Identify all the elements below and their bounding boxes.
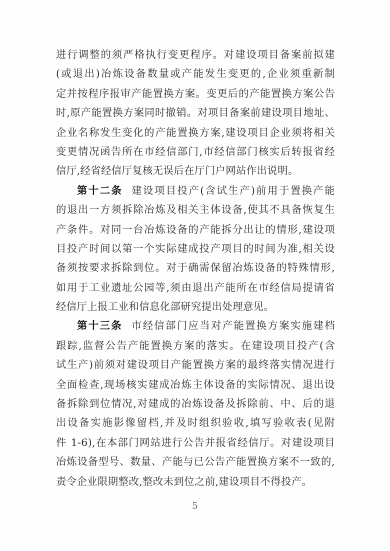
line-text: 产条件。对同一台冶炼设备的产能拆分出让的情形,建设项 [56,225,335,236]
line-text: 跟踪,监督公告产能置换方案的落实。在建设项目投产(含 [56,341,335,352]
article-number: 第十三条 [77,320,122,332]
line-text: 企业名称发生变化的产能置换方案,建设项目企业须将相关 [56,128,335,139]
text-line: 出设备实施影像留档,并及时组织验收,填写验收表(见附 [56,414,335,433]
line-text: (或退出)冶炼设备数量或产能发生变更的,企业须重新制 [56,69,335,80]
text-line: 企业名称发生变化的产能置换方案,建设项目企业须将相关 [56,124,335,143]
text-line: 第十三条市经信部门应当对产能置换方案实施建档 [56,317,335,336]
line-text: 出设备实施影像留档,并及时组织验收,填写验收表(见附 [56,418,335,429]
text-line: 第十二条建设项目投产(含试生产)前用于置换产能 [56,182,335,201]
line-text: 件 1-6),在本部门网站进行公告并报省经信厅。对建设项目 [56,438,335,449]
line-text: 备拆除到位情况,对建成的冶炼设备及拆除前、中、后的退 [56,399,335,410]
text-line: 变更情况函告所在市经信部门,市经信部门核实后转报省经 [56,143,335,162]
line-text: 时,原产能置换方案同时撤销。对项目备案前建设项目地址、 [56,108,335,119]
line-text: 试生产)前须对建设项目产能置换方案的最终落实情况进行 [56,360,335,371]
text-line: 的退出一方须拆除冶炼及相关主体设备,使其不具备恢复生 [56,201,335,220]
text-line: 冶炼设备型号、数量、产能与已公告产能置换方案不一致的, [56,453,335,472]
text-line: 定并按程序报审产能置换方案。变更后的产能置换方案公告 [56,85,335,104]
text-line: 经信厅上报工业和信息化部研究提出处理意见。 [56,298,335,317]
text-line: (或退出)冶炼设备数量或产能发生变更的,企业须重新制 [56,65,335,84]
line-text: 经信厅上报工业和信息化部研究提出处理意见。 [56,302,274,313]
article-number: 第十二条 [77,185,123,197]
line-text: 市经信部门应当对产能置换方案实施建档 [131,321,335,332]
line-text: 备须按要求拆除到位。对于确需保留冶炼设备的特殊情形, [56,263,335,274]
text-line: 目投产时间以第一个实际建成投产项目的时间为准,相关设 [56,240,335,259]
text-line: 责令企业限期整改,整改未到位之前,建设项目不得投产。 [56,473,335,492]
body-text: 进行调整的须严格执行变更程序。对建设项目备案前拟建(或退出)冶炼设备数量或产能发… [56,46,335,492]
text-line: 件 1-6),在本部门网站进行公告并报省经信厅。对建设项目 [56,434,335,453]
text-line: 产条件。对同一台冶炼设备的产能拆分出让的情形,建设项 [56,221,335,240]
line-text: 目投产时间以第一个实际建成投产项目的时间为准,相关设 [56,244,335,255]
line-text: 责令企业限期整改,整改未到位之前,建设项目不得投产。 [56,477,312,488]
line-text: 建设项目投产(含试生产)前用于置换产能 [132,186,335,197]
line-text: 进行调整的须严格执行变更程序。对建设项目备案前拟建 [56,50,335,61]
text-line: 信厅,经省经信厅复核无误后在厅门户网站作出说明。 [56,162,335,181]
line-text: 信厅,经省经信厅复核无误后在厅门户网站作出说明。 [56,166,298,177]
line-text: 变更情况函告所在市经信部门,市经信部门核实后转报省经 [56,147,335,158]
page-number: 5 [0,502,390,512]
text-line: 备须按要求拆除到位。对于确需保留冶炼设备的特殊情形, [56,259,335,278]
text-line: 备拆除到位情况,对建成的冶炼设备及拆除前、中、后的退 [56,395,335,414]
text-line: 全面检查,现场核实建成冶炼主体设备的实际情况、退出设 [56,376,335,395]
line-text: 全面检查,现场核实建成冶炼主体设备的实际情况、退出设 [56,380,335,391]
text-line: 跟踪,监督公告产能置换方案的落实。在建设项目投产(含 [56,337,335,356]
text-line: 如用于工业遗址公园等,须由退出产能所在市经信局提请省 [56,279,335,298]
text-line: 进行调整的须严格执行变更程序。对建设项目备案前拟建 [56,46,335,65]
text-line: 时,原产能置换方案同时撤销。对项目备案前建设项目地址、 [56,104,335,123]
text-line: 试生产)前须对建设项目产能置换方案的最终落实情况进行 [56,356,335,375]
line-text: 定并按程序报审产能置换方案。变更后的产能置换方案公告 [56,89,335,100]
line-text: 冶炼设备型号、数量、产能与已公告产能置换方案不一致的, [56,457,335,468]
line-text: 的退出一方须拆除冶炼及相关主体设备,使其不具备恢复生 [56,205,335,216]
line-text: 如用于工业遗址公园等,须由退出产能所在市经信局提请省 [56,283,335,294]
document-page: 进行调整的须严格执行变更程序。对建设项目备案前拟建(或退出)冶炼设备数量或产能发… [0,0,390,551]
